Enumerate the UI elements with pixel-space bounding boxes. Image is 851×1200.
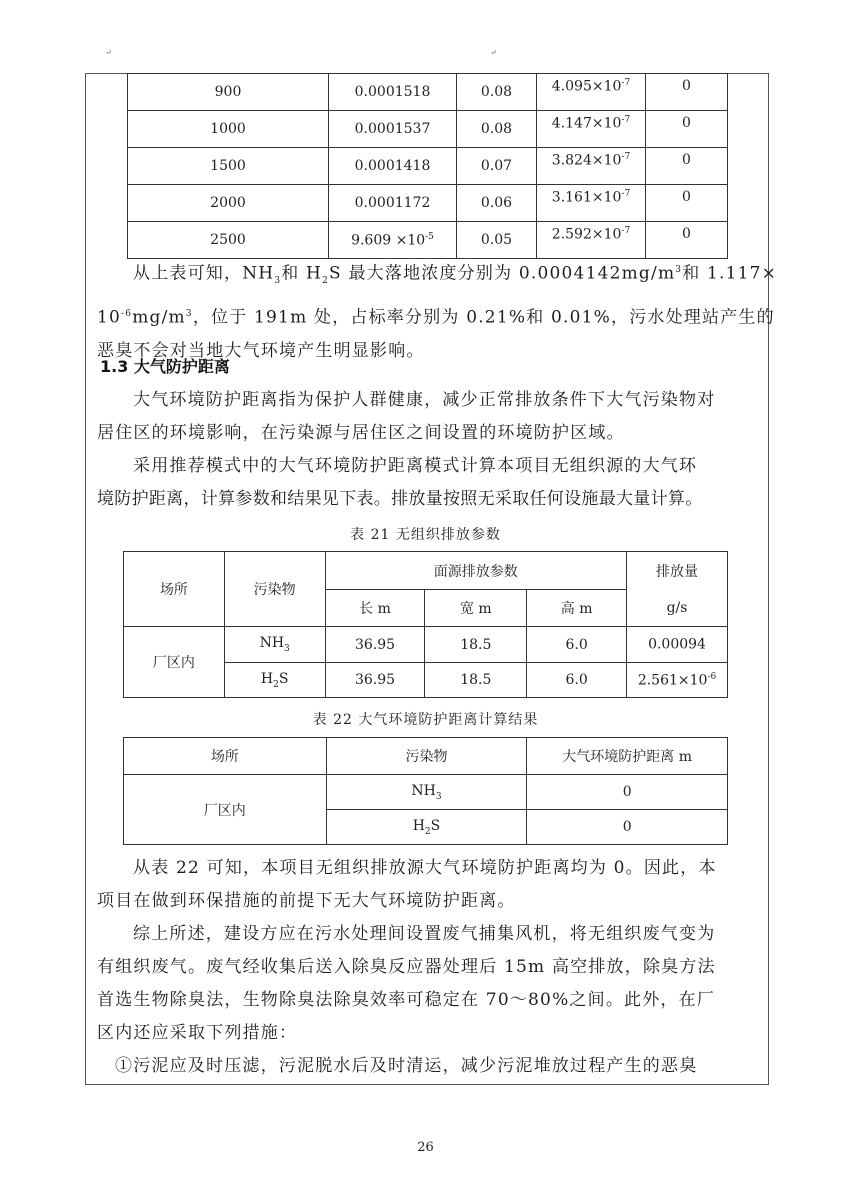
table-row: 厂区内 NH3 36.95 18.5 6.0 0.00094 (124, 627, 728, 663)
text-line: 有组织废气。废气经收集后送入除臭反应器处理后 15m 高空排放，除臭方法 (97, 951, 761, 984)
header-area-source: 面源排放参数 (325, 552, 626, 590)
h2s-conc-mantissa: 4.095×10 (552, 79, 622, 95)
nh3-conc-cell: 0.0001172 (329, 185, 457, 222)
length-cell: 36.95 (325, 663, 425, 698)
h2s-conc-cell: 2.592×10-7 (537, 222, 646, 259)
table-row: 900 0.0001518 0.08 4.095×10-7 0 (128, 74, 728, 111)
paragraph-summary: 综上所述，建设方应在污水处理间设置废气捕集风机，将无组织废气变为 有组织废气。废… (97, 918, 761, 1050)
site-cell: 厂区内 (124, 775, 327, 845)
text-line: 项目在做到环保措施的前提下无大气环境防护距离。 (97, 885, 761, 918)
distance-cell: 2000 (128, 185, 329, 222)
emission-parameters-table: 场所 污染物 面源排放参数 排放量 长 m 宽 m 高 m g/s 厂区内 NH… (123, 551, 728, 698)
paragraph-definition: 大气环境防护距离指为保护人群健康，减少正常排放条件下大气污染物对 居住区的环境影… (97, 384, 761, 450)
pollutant-cell: H2S (326, 810, 527, 845)
header-emission: 排放量 (627, 552, 728, 590)
pollutant-cell: H2S (224, 663, 325, 698)
distance-cell: 900 (128, 74, 329, 111)
h2s-conc-cell: 3.161×10-7 (537, 185, 646, 222)
site-cell: 厂区内 (124, 627, 225, 698)
h2s-conc-mantissa: 2.592×10 (552, 227, 622, 243)
pollutant-cell: NH3 (224, 627, 325, 663)
h2s-conc-mantissa: 3.161×10 (552, 190, 622, 206)
header-height: 高 m (527, 590, 627, 627)
table-header-row: 场所 污染物 大气环境防护距离 m (124, 738, 728, 775)
text-line: 采用推荐模式中的大气环境防护距离模式计算本项目无组织源的大气环 (97, 450, 761, 483)
h2s-ratio-cell: 0 (646, 74, 728, 111)
text-line: 居住区的环境影响，在污染源与居住区之间设置的环境防护区域。 (97, 417, 761, 450)
nh3-ratio-cell: 0.06 (457, 185, 537, 222)
distance-cell: 0 (527, 810, 728, 845)
text-line: 10-6mg/m3，位于 191m 处，占标率分别为 0.21%和 0.01%，… (97, 298, 761, 335)
text-line: 大气环境防护距离指为保护人群健康，减少正常排放条件下大气污染物对 (97, 384, 761, 417)
length-cell: 36.95 (325, 627, 425, 663)
text-line: ①污泥应及时压滤，污泥脱水后及时清运，减少污泥堆放过程产生的恶臭 (97, 1050, 761, 1083)
nh3-conc-exponent: -5 (425, 232, 434, 242)
height-cell: 6.0 (527, 663, 627, 698)
page-number: 26 (0, 1140, 851, 1155)
text-line: 首选生物除臭法，生物除臭法除臭效率可稳定在 70～80%之间。此外，在厂 (97, 984, 761, 1017)
h2s-conc-exponent: -7 (621, 78, 630, 88)
h2s-conc-cell: 4.147×10-7 (537, 111, 646, 148)
nh3-conc-cell: 9.609 ×10-5 (329, 222, 457, 259)
h2s-conc-mantissa: 4.147×10 (552, 116, 622, 132)
h2s-ratio-cell: 0 (646, 222, 728, 259)
h2s-conc-cell: 3.824×10-7 (537, 148, 646, 185)
emission-cell: 2.561×10-6 (627, 663, 728, 698)
distance-cell: 1500 (128, 148, 329, 185)
header-pollutant: 污染物 (326, 738, 527, 775)
table22-caption: 表 22 大气环境防护距离计算结果 (0, 709, 851, 729)
header-width: 宽 m (425, 590, 527, 627)
h2s-ratio-cell: 0 (646, 185, 728, 222)
nh3-conc-cell: 0.0001518 (329, 74, 457, 111)
h2s-ratio-cell: 0 (646, 111, 728, 148)
pollutant-cell: NH3 (326, 775, 527, 810)
table21-caption: 表 21 无组织排放参数 (0, 524, 851, 544)
distance-cell: 0 (527, 775, 728, 810)
nh3-ratio-cell: 0.08 (457, 74, 537, 111)
emission-cell: 0.00094 (627, 627, 728, 663)
h2s-conc-exponent: -7 (621, 226, 630, 236)
section-heading: 1.3 大气防护距离 (100, 354, 230, 377)
h2s-conc-mantissa: 3.824×10 (552, 153, 622, 169)
nh3-ratio-cell: 0.08 (457, 111, 537, 148)
text-line: 区内还应采取下列措施： (97, 1017, 761, 1050)
header-site: 场所 (124, 552, 225, 627)
return-mark: ↵ (105, 48, 112, 57)
h2s-conc-exponent: -7 (621, 189, 630, 199)
return-mark: ↵ (490, 48, 497, 57)
protection-distance-table: 场所 污染物 大气环境防护距离 m 厂区内 NH3 0 H2S 0 (123, 737, 728, 845)
paragraph-result: 从表 22 可知，本项目无组织排放源大气环境防护距离均为 0。因此，本 项目在做… (97, 852, 761, 918)
height-cell: 6.0 (527, 627, 627, 663)
paragraph-measure-1: ①污泥应及时压滤，污泥脱水后及时清运，减少污泥堆放过程产生的恶臭 (97, 1050, 761, 1083)
text-line: 从上表可知，NH3和 H2S 最大落地浓度分别为 0.0004142mg/m3和… (97, 254, 761, 298)
distance-cell: 2500 (128, 222, 329, 259)
table-header-row: 场所 污染物 面源排放参数 排放量 (124, 552, 728, 590)
text-line: 境防护距离，计算参数和结果见下表。排放量按照无采取任何设施最大量计算。 (97, 483, 761, 516)
header-length: 长 m (325, 590, 425, 627)
width-cell: 18.5 (425, 627, 527, 663)
nh3-conc-mantissa: 9.609 ×10 (351, 232, 425, 248)
concentration-table-continued: 900 0.0001518 0.08 4.095×10-7 0 1000 0.0… (127, 73, 728, 259)
paragraph-max-concentration: 从上表可知，NH3和 H2S 最大落地浓度分别为 0.0004142mg/m3和… (97, 254, 761, 368)
nh3-ratio-cell: 0.07 (457, 148, 537, 185)
nh3-conc-cell: 0.0001537 (329, 111, 457, 148)
text-line: 从表 22 可知，本项目无组织排放源大气环境防护距离均为 0。因此，本 (97, 852, 761, 885)
nh3-conc-cell: 0.0001418 (329, 148, 457, 185)
paragraph-method: 采用推荐模式中的大气环境防护距离模式计算本项目无组织源的大气环 境防护距离，计算… (97, 450, 761, 516)
header-distance: 大气环境防护距离 m (527, 738, 728, 775)
table-row: 2000 0.0001172 0.06 3.161×10-7 0 (128, 185, 728, 222)
header-site: 场所 (124, 738, 327, 775)
text-line: 综上所述，建设方应在污水处理间设置废气捕集风机，将无组织废气变为 (97, 918, 761, 951)
header-emission-unit: g/s (627, 590, 728, 627)
table-row: 厂区内 NH3 0 (124, 775, 728, 810)
h2s-conc-exponent: -7 (621, 115, 630, 125)
width-cell: 18.5 (425, 663, 527, 698)
distance-cell: 1000 (128, 111, 329, 148)
table-row: 1000 0.0001537 0.08 4.147×10-7 0 (128, 111, 728, 148)
table-row: 1500 0.0001418 0.07 3.824×10-7 0 (128, 148, 728, 185)
nh3-ratio-cell: 0.05 (457, 222, 537, 259)
h2s-ratio-cell: 0 (646, 148, 728, 185)
table-row: 2500 9.609 ×10-5 0.05 2.592×10-7 0 (128, 222, 728, 259)
h2s-conc-cell: 4.095×10-7 (537, 74, 646, 111)
h2s-conc-exponent: -7 (621, 152, 630, 162)
header-pollutant: 污染物 (224, 552, 325, 627)
